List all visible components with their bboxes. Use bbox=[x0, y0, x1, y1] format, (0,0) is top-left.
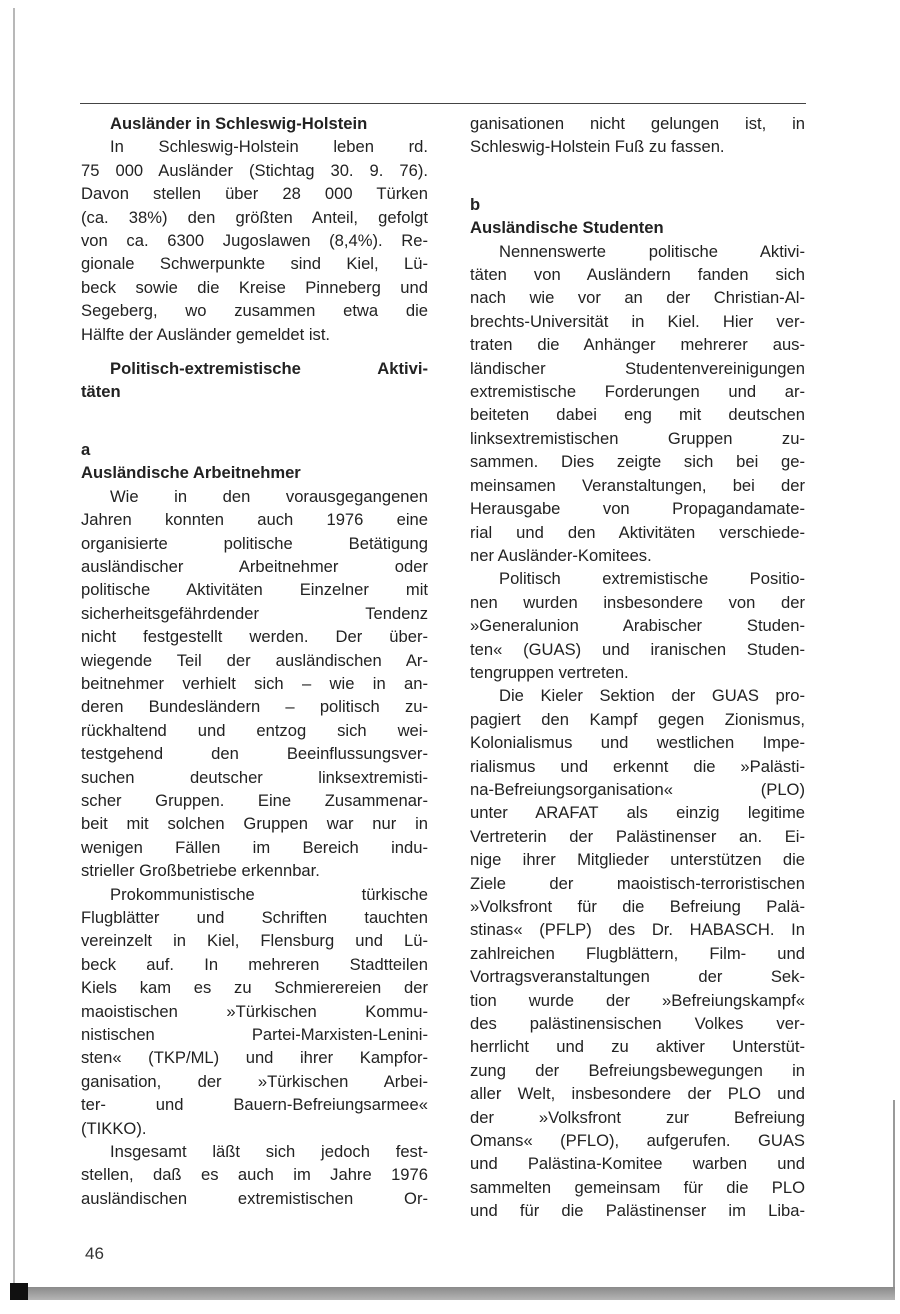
text-line: zung der Befreiungsbewegungen in bbox=[470, 1059, 805, 1082]
text-line: Kiels kam es zu Schmierereien der bbox=[81, 976, 428, 999]
text-line: Die Kieler Sektion der GUAS pro- bbox=[470, 684, 805, 707]
text-line: Vortragsveranstaltungen der Sek- bbox=[470, 965, 805, 988]
text-line: ganisationen nicht gelungen ist, in bbox=[470, 112, 805, 135]
subsection-heading-studenten: Ausländische Studenten bbox=[470, 216, 805, 239]
spacer bbox=[470, 159, 805, 182]
text-line: Segeberg, wo zusammen etwa die bbox=[81, 299, 428, 322]
text-line: beitnehmer verhielt sich – wie in an- bbox=[81, 672, 428, 695]
text-line: organisierte politische Betätigung bbox=[81, 532, 428, 555]
text-line: politische Aktivitäten Einzelner mit bbox=[81, 578, 428, 601]
text-line: täten von Ausländern fanden sich bbox=[470, 263, 805, 286]
text-line: rialismus und erkennt die »Palästi- bbox=[470, 755, 805, 778]
text-line: vereinzelt in Kiel, Flensburg und Lü- bbox=[81, 929, 428, 952]
text-line: Politisch extremistische Positio- bbox=[470, 567, 805, 590]
subsection-heading-arbeitnehmer: Ausländische Arbeitnehmer bbox=[81, 461, 428, 484]
paragraph-arbeitnehmer-3: Insgesamt läßt sich jedoch fest-stellen,… bbox=[81, 1140, 428, 1210]
text-line: beiteten dabei eng mit deutschen bbox=[470, 403, 805, 426]
text-line: ter- und Bauern-Befreiungsarmee« bbox=[81, 1093, 428, 1116]
text-line: sammen. Dies zeigte sich bei ge- bbox=[470, 450, 805, 473]
text-line: Jahren konnten auch 1976 eine bbox=[81, 508, 428, 531]
text-line: und Palästina-Komitee warben und bbox=[470, 1152, 805, 1175]
text-line: der »Volksfront zur Befreiung bbox=[470, 1106, 805, 1129]
text-line: zahlreichen Flugblättern, Film- und bbox=[470, 942, 805, 965]
text-line: Omans« (PFLO), aufgerufen. GUAS bbox=[470, 1129, 805, 1152]
text-line: nach wie vor an der Christian-Al- bbox=[470, 286, 805, 309]
text-line: linksextremistischen Gruppen zu- bbox=[470, 427, 805, 450]
text-line: sten« (TKP/ML) und ihrer Kampfor- bbox=[81, 1046, 428, 1069]
text-line: stellen, daß es auch im Jahre 1976 bbox=[81, 1163, 428, 1186]
text-line: scher Gruppen. Eine Zusammenar- bbox=[81, 789, 428, 812]
subsection-letter-b: b bbox=[470, 193, 805, 216]
text-line: wiegende Teil der ausländischen Ar- bbox=[81, 649, 428, 672]
spacer bbox=[81, 427, 428, 438]
text-line: strieller Großbetriebe erkennbar. bbox=[81, 859, 428, 882]
text-line: Davon stellen über 28 000 Türken bbox=[81, 182, 428, 205]
subsection-letter-a: a bbox=[81, 438, 428, 461]
paragraph-studenten-2: Politisch extremistische Positio-nen wur… bbox=[470, 567, 805, 684]
text-line: sicherheitsgefährdender Tendenz bbox=[81, 602, 428, 625]
text-line: herrlicht und zu aktiver Unterstüt- bbox=[470, 1035, 805, 1058]
text-line: Vertreterin der Palästinenser an. Ei- bbox=[470, 825, 805, 848]
right-column: ganisationen nicht gelungen ist, inSchle… bbox=[470, 112, 805, 1223]
section-heading-aktivitaeten-line1: Politisch-extremistische Aktivi- bbox=[81, 357, 428, 380]
text-line: nistischen Partei-Marxisten-Lenini- bbox=[81, 1023, 428, 1046]
text-line: beit mit solchen Gruppen war nur in bbox=[81, 812, 428, 835]
text-line: 75 000 Ausländer (Stichtag 30. 9. 76). bbox=[81, 159, 428, 182]
paragraph-studenten-1: Nennenswerte politische Aktivi-täten von… bbox=[470, 240, 805, 568]
text-line: pagiert den Kampf gegen Zionismus, bbox=[470, 708, 805, 731]
text-line: Hälfte der Ausländer gemeldet ist. bbox=[81, 323, 428, 346]
text-line: tengruppen vertreten. bbox=[470, 661, 805, 684]
text-line: tion wurde der »Befreiungskampf« bbox=[470, 989, 805, 1012]
text-line: traten die Anhänger mehrerer aus- bbox=[470, 333, 805, 356]
text-line: In Schleswig-Holstein leben rd. bbox=[81, 135, 428, 158]
text-line: »Generalunion Arabischer Studen- bbox=[470, 614, 805, 637]
text-line: rial und den Aktivitäten verschiede- bbox=[470, 521, 805, 544]
text-line: Nennenswerte politische Aktivi- bbox=[470, 240, 805, 263]
scan-bottom-edge bbox=[10, 1287, 895, 1300]
text-line: Flugblätter und Schriften tauchten bbox=[81, 906, 428, 929]
left-column: Ausländer in Schleswig-Holstein In Schle… bbox=[81, 112, 428, 1210]
scan-corner-mark bbox=[10, 1283, 28, 1300]
header-rule bbox=[80, 103, 806, 104]
paragraph-arbeitnehmer-2: Prokommunistische türkischeFlugblätter u… bbox=[81, 883, 428, 1140]
text-line: aller Welt, insbesondere der PLO und bbox=[470, 1082, 805, 1105]
text-line: (TIKKO). bbox=[81, 1117, 428, 1140]
text-line: gionale Schwerpunkte sind Kiel, Lü- bbox=[81, 252, 428, 275]
text-line: Insgesamt läßt sich jedoch fest- bbox=[81, 1140, 428, 1163]
text-line: »Volksfront für die Befreiung Palä- bbox=[470, 895, 805, 918]
text-line: beck sowie die Kreise Pinneberg und bbox=[81, 276, 428, 299]
spacer bbox=[81, 346, 428, 357]
paragraph-studenten-3: Die Kieler Sektion der GUAS pro-pagiert … bbox=[470, 684, 805, 1222]
text-line: ganisation, der »Türkischen Arbei- bbox=[81, 1070, 428, 1093]
text-line: Prokommunistische türkische bbox=[81, 883, 428, 906]
text-line: ten« (GUAS) und iranischen Studen- bbox=[470, 638, 805, 661]
section-heading-aktivitaeten-line2: täten bbox=[81, 380, 428, 403]
spacer bbox=[81, 404, 428, 427]
text-line: ausländischer Arbeitnehmer oder bbox=[81, 555, 428, 578]
text-line: stinas« (PFLP) des Dr. HABASCH. In bbox=[470, 918, 805, 941]
paragraph-auslaender-statistik: In Schleswig-Holstein leben rd.75 000 Au… bbox=[81, 135, 428, 346]
text-line: rückhaltend und entzog sich wei- bbox=[81, 719, 428, 742]
text-line: Herausgabe von Propagandamate- bbox=[470, 497, 805, 520]
page-number: 46 bbox=[85, 1244, 104, 1264]
text-line: nen wurden insbesondere von der bbox=[470, 591, 805, 614]
text-line: extremistische Forderungen und ar- bbox=[470, 380, 805, 403]
text-line: testgehend den Beeinflussungsver- bbox=[81, 742, 428, 765]
text-line: unter ARAFAT als einzig legitime bbox=[470, 801, 805, 824]
text-line: Wie in den vorausgegangenen bbox=[81, 485, 428, 508]
text-line: suchen deutscher linksextremisti- bbox=[81, 766, 428, 789]
text-line: (ca. 38%) den größten Anteil, gefolgt bbox=[81, 206, 428, 229]
text-line: des palästinensischen Volkes ver- bbox=[470, 1012, 805, 1035]
section-heading-auslaender: Ausländer in Schleswig-Holstein bbox=[81, 112, 428, 135]
text-line: meinsamen Veranstaltungen, bei der bbox=[470, 474, 805, 497]
text-line: nige ihrer Mitglieder unterstützen die bbox=[470, 848, 805, 871]
text-line: na-Befreiungsorganisation« (PLO) bbox=[470, 778, 805, 801]
text-line: ländischer Studentenvereinigungen bbox=[470, 357, 805, 380]
text-line: nicht festgestellt werden. Der über- bbox=[81, 625, 428, 648]
paragraph-continuation: ganisationen nicht gelungen ist, inSchle… bbox=[470, 112, 805, 159]
text-line: sammelten gemeinsam für die PLO bbox=[470, 1176, 805, 1199]
text-line: ner Ausländer-Komitees. bbox=[470, 544, 805, 567]
scan-right-border bbox=[893, 1100, 895, 1300]
text-line: brechts-Universität in Kiel. Hier ver- bbox=[470, 310, 805, 333]
text-line: deren Bundesländern – politisch zu- bbox=[81, 695, 428, 718]
text-line: wenigen Fällen im Bereich indu- bbox=[81, 836, 428, 859]
text-line: maoistischen »Türkischen Kommu- bbox=[81, 1000, 428, 1023]
text-line: von ca. 6300 Jugoslawen (8,4%). Re- bbox=[81, 229, 428, 252]
text-line: Ziele der maoistisch-terroristischen bbox=[470, 872, 805, 895]
spacer bbox=[470, 182, 805, 193]
text-line: Schleswig-Holstein Fuß zu fassen. bbox=[470, 135, 805, 158]
text-line: und für die Palästinenser im Liba- bbox=[470, 1199, 805, 1222]
scan-left-border bbox=[13, 8, 15, 1298]
text-line: ausländischen extremistischen Or- bbox=[81, 1187, 428, 1210]
text-line: Kolonialismus und westlichen Impe- bbox=[470, 731, 805, 754]
text-line: beck auf. In mehreren Stadtteilen bbox=[81, 953, 428, 976]
paragraph-arbeitnehmer-1: Wie in den vorausgegangenenJahren konnte… bbox=[81, 485, 428, 883]
